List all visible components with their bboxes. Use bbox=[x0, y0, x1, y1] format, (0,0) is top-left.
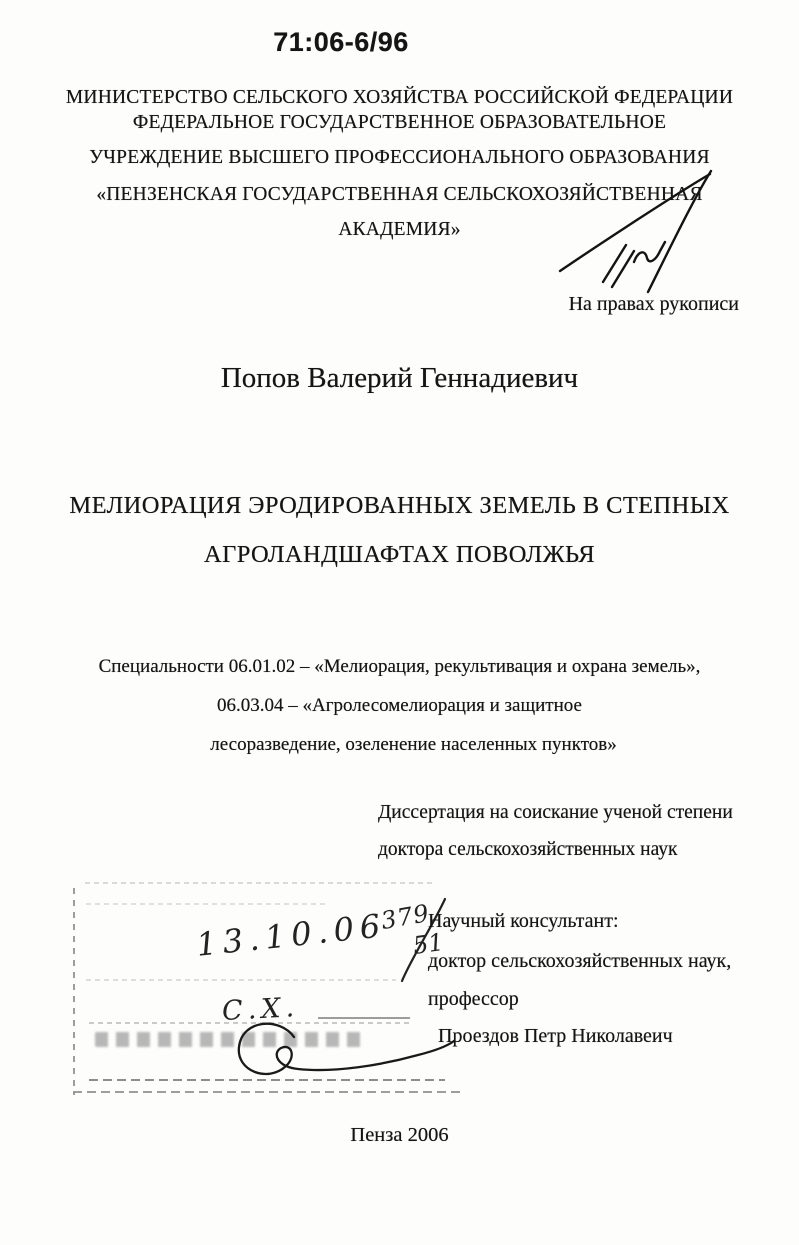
specialty-line2: 06.03.04 – «Агролесомелиорация и защитно… bbox=[0, 695, 799, 717]
handwritten-date: 13.10.06 bbox=[195, 906, 388, 964]
manuscript-rights-note: На правах рукописи bbox=[569, 293, 739, 316]
dissertation-title-page: 71:06-6/96 МИНИСТЕРСТВО СЕЛЬСКОГО ХОЗЯЙС… bbox=[0, 0, 799, 1245]
consultant-signature bbox=[230, 1021, 458, 1087]
imprint-city-year: Пенза 2006 bbox=[0, 1124, 799, 1147]
consultant-rank: профессор bbox=[428, 988, 519, 1011]
specialty-line3: лесоразведение, озеленение населенных пу… bbox=[14, 734, 799, 756]
stamp-line-top bbox=[85, 882, 435, 884]
stamp-line-faint bbox=[86, 903, 326, 905]
stamp-line-mid bbox=[86, 979, 396, 981]
stamp-line-bottom2 bbox=[73, 1091, 465, 1093]
consultant-label: Научный консультант: bbox=[428, 910, 619, 933]
catalog-number: 71:06-6/96 bbox=[0, 27, 682, 58]
consultant-degree: доктор сельскохозяйственных наук, bbox=[428, 950, 731, 973]
header-institution-line: УЧРЕЖДЕНИЕ ВЫСШЕГО ПРОФЕССИОНАЛЬНОГО ОБР… bbox=[0, 147, 799, 169]
degree-statement-line2: доктора сельскохозяйственных наук bbox=[378, 839, 677, 861]
header-federal-line: ФЕДЕРАЛЬНОЕ ГОСУДАРСТВЕННОЕ ОБРАЗОВАТЕЛЬ… bbox=[0, 112, 799, 134]
rector-signature bbox=[548, 168, 728, 296]
specialty-line1: Специальности 06.01.02 – «Мелиорация, ре… bbox=[0, 656, 799, 678]
degree-statement-line1: Диссертация на соискание ученой степени bbox=[378, 802, 733, 824]
header-ministry-line: МИНИСТЕРСТВО СЕЛЬСКОГО ХОЗЯЙСТВА РОССИЙС… bbox=[0, 87, 799, 109]
stamp-note-underline bbox=[318, 1017, 410, 1019]
stamp-border-left bbox=[73, 888, 75, 1095]
consultant-name: Проездов Петр Николавеич bbox=[438, 1025, 673, 1048]
author-name: Попов Валерий Геннадиевич bbox=[0, 362, 799, 395]
dissertation-title-line1: МЕЛИОРАЦИЯ ЭРОДИРОВАННЫХ ЗЕМЕЛЬ В СТЕПНЫ… bbox=[0, 492, 799, 520]
dissertation-title-line2: АГРОЛАНДШАФТАХ ПОВОЛЖЬЯ bbox=[0, 541, 799, 569]
